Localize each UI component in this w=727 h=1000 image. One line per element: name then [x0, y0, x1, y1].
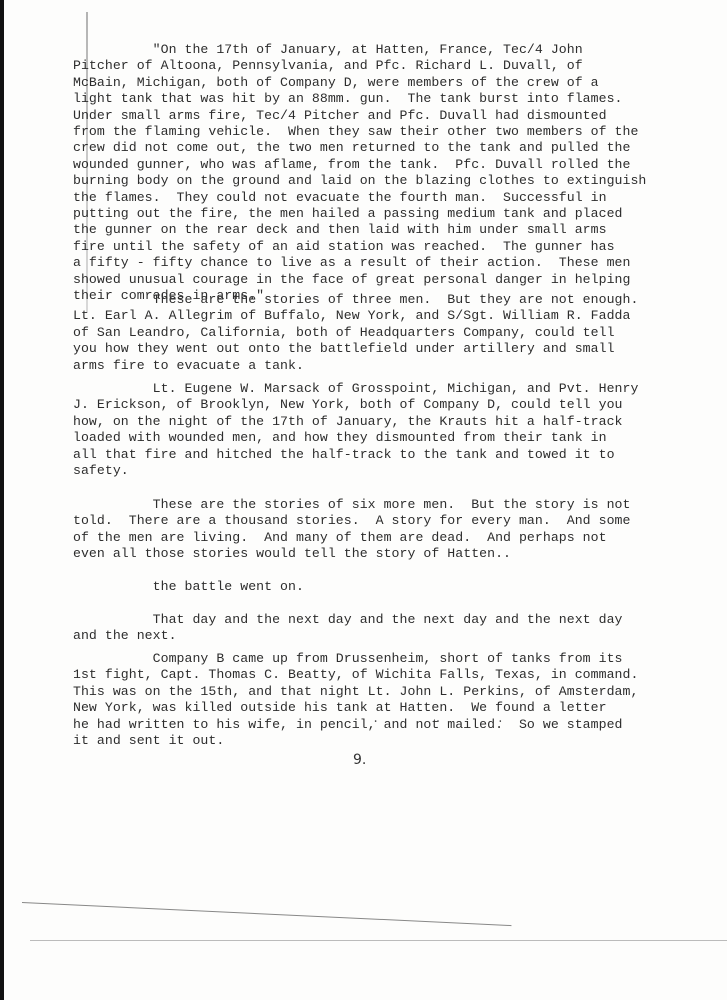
text-line: from the flaming vehicle. When they saw …	[73, 124, 638, 140]
text-line: arms fire to evacuate a tank.	[73, 358, 304, 374]
text-line: McBain, Michigan, both of Company D, wer…	[73, 75, 599, 91]
text-line: fire until the safety of an aid station …	[73, 239, 615, 255]
text-line: all that fire and hitched the half-track…	[73, 447, 615, 463]
text-line: Pitcher of Altoona, Pennsylvania, and Pf…	[73, 58, 583, 74]
text-line: Lt. Earl A. Allegrim of Buffalo, New Yor…	[73, 308, 630, 324]
text-line: safety.	[73, 463, 129, 479]
text-line: he had written to his wife, in pencil, a…	[73, 717, 623, 733]
stray-diagonal-line	[22, 902, 512, 926]
text-line: Under small arms fire, Tec/4 Pitcher and…	[73, 108, 607, 124]
text-line: That day and the next day and the next d…	[73, 612, 623, 628]
text-line: These are the stories of three men. But …	[73, 292, 638, 308]
text-line: you how they went out onto the battlefie…	[73, 341, 615, 357]
separator-dots: . . .	[372, 712, 528, 726]
text-line: the gunner on the rear deck and then lai…	[73, 222, 607, 238]
page-number: 9.	[353, 752, 366, 768]
text-line: of San Leandro, California, both of Head…	[73, 325, 615, 341]
scan-edge	[0, 0, 4, 1000]
text-line: the flames. They could not evacuate the …	[73, 190, 607, 206]
text-line: of the men are living. And many of them …	[73, 530, 607, 546]
text-line: light tank that was hit by an 88mm. gun.…	[73, 91, 623, 107]
text-line: putting out the fire, the men hailed a p…	[73, 206, 623, 222]
text-line: crew did not come out, the two men retur…	[73, 140, 630, 156]
text-line: These are the stories of six more men. B…	[73, 497, 630, 513]
text-line: it and sent it out.	[73, 733, 224, 749]
text-line: how, on the night of the 17th of January…	[73, 414, 623, 430]
text-line: burning body on the ground and laid on t…	[73, 173, 646, 189]
text-line: "On the 17th of January, at Hatten, Fran…	[73, 42, 583, 58]
text-line: told. There are a thousand stories. A st…	[73, 513, 630, 529]
text-line: and the next.	[73, 628, 177, 644]
text-line: even all those stories would tell the st…	[73, 546, 511, 562]
text-line: This was on the 15th, and that night Lt.…	[73, 684, 638, 700]
text-line: showed unusual courage in the face of gr…	[73, 272, 630, 288]
text-line: loaded with wounded men, and how they di…	[73, 430, 607, 446]
page-fold-line	[30, 940, 727, 941]
text-line: the battle went on.	[73, 579, 304, 595]
text-line: wounded gunner, who was aflame, from the…	[73, 157, 630, 173]
text-line: 1st fight, Capt. Thomas C. Beatty, of Wi…	[73, 667, 638, 683]
text-line: Lt. Eugene W. Marsack of Grosspoint, Mic…	[73, 381, 638, 397]
text-line: Company B came up from Drussenheim, shor…	[73, 651, 623, 667]
text-line: a fifty - fifty chance to live as a resu…	[73, 255, 630, 271]
text-line: J. Erickson, of Brooklyn, New York, both…	[73, 397, 623, 413]
